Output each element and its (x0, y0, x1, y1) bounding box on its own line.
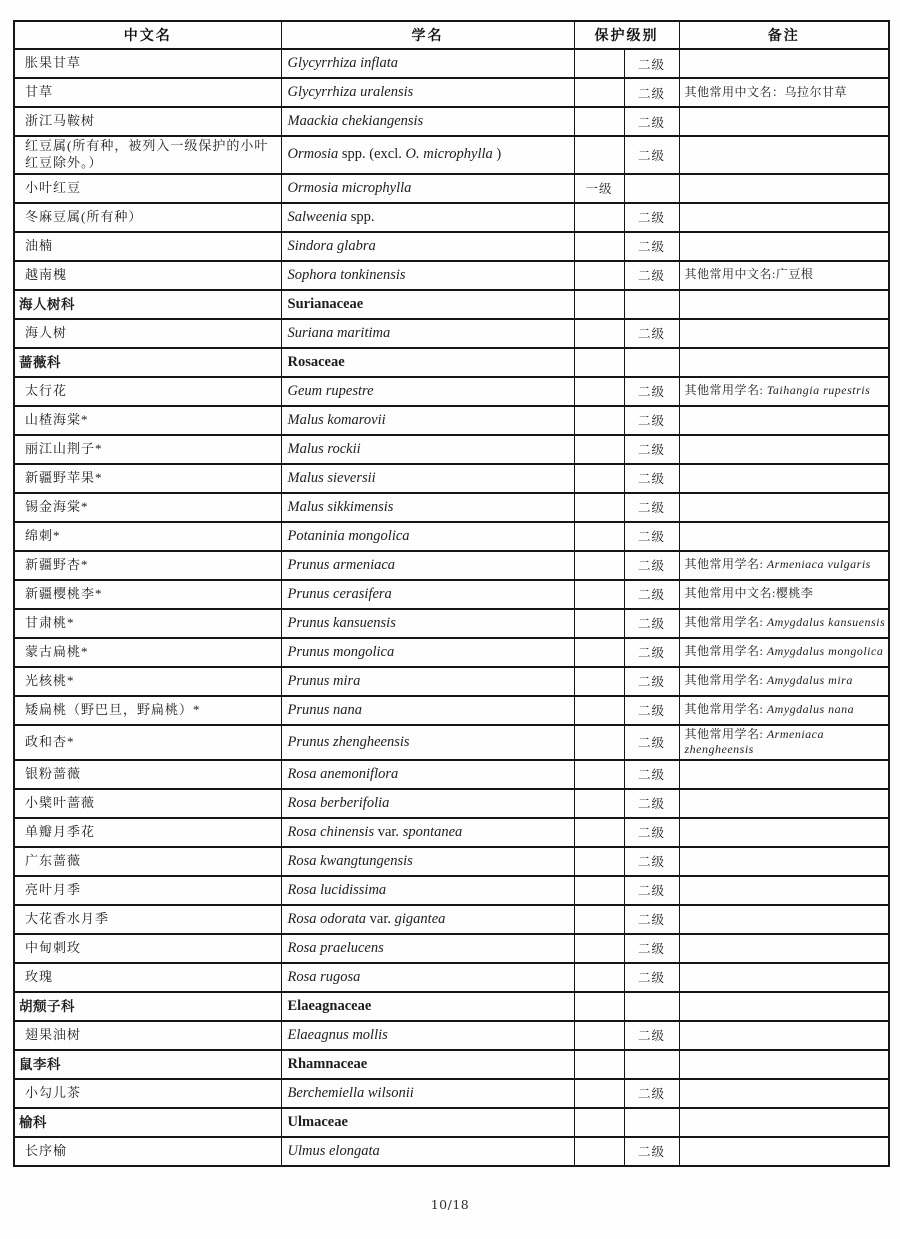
level-1-cell (574, 876, 624, 905)
level-1-cell (574, 725, 624, 760)
family-row: 海人树科Surianaceae (14, 290, 889, 319)
notes-cell (679, 818, 889, 847)
species-row: 政和杏*Prunus zhengheensis二级其他常用学名: Armenia… (14, 725, 889, 760)
latin-name-segment: Malus sikkimensis (288, 499, 394, 515)
level-2-cell: 二级 (624, 789, 679, 818)
chinese-name-cell: 海人树 (14, 319, 281, 348)
text-segment: 其他常用学名: (685, 615, 767, 629)
notes-cell (679, 348, 889, 377)
level-1-cell (574, 1050, 624, 1079)
level-2-cell: 二级 (624, 203, 679, 232)
chinese-name-cell: 榆科 (14, 1108, 281, 1137)
species-row: 大花香水月季Rosa odorata var. gigantea二级 (14, 905, 889, 934)
level-2-cell: 二级 (624, 232, 679, 261)
scientific-name-cell: Geum rupestre (281, 377, 574, 406)
level-2-cell: 二级 (624, 49, 679, 78)
latin-name-segment: Prunus armeniaca (288, 557, 396, 573)
header-scientific-name: 学名 (281, 21, 574, 49)
level-1-cell (574, 78, 624, 107)
level-2-cell: 二级 (624, 1079, 679, 1108)
table-body: 胀果甘草Glycyrrhiza inflata二级甘草Glycyrrhiza u… (14, 49, 889, 1166)
text-segment: spp. (347, 209, 374, 225)
chinese-name-cell: 中甸刺玫 (14, 934, 281, 963)
species-row: 丽江山荆子*Malus rockii二级 (14, 435, 889, 464)
notes-cell (679, 319, 889, 348)
scientific-name-cell: Malus sikkimensis (281, 493, 574, 522)
scientific-name-cell: Salweenia spp. (281, 203, 574, 232)
text-segment: 其他常用学名: (685, 557, 767, 571)
scientific-name-cell: Prunus mongolica (281, 638, 574, 667)
latin-name-segment: Amygdalus nana (767, 702, 854, 716)
latin-name-segment: Malus rockii (288, 441, 361, 457)
level-2-cell: 二级 (624, 638, 679, 667)
level-1-cell (574, 789, 624, 818)
level-1-cell (574, 136, 624, 174)
latin-name-segment: Suriana maritima (288, 325, 391, 341)
latin-name-segment: O. microphylla (406, 146, 493, 162)
notes-cell: 其他常用学名: Amygdalus mira (679, 667, 889, 696)
family-row: 榆科Ulmaceae (14, 1108, 889, 1137)
level-1-cell (574, 406, 624, 435)
chinese-name-cell: 锡金海棠* (14, 493, 281, 522)
text-segment: 其他常用学名: (685, 727, 767, 741)
level-1-cell (574, 696, 624, 725)
chinese-name-cell: 小勾儿茶 (14, 1079, 281, 1108)
level-2-cell: 二级 (624, 876, 679, 905)
chinese-name-cell: 单瓣月季花 (14, 818, 281, 847)
notes-cell: 其他常用学名: Taihangia rupestris (679, 377, 889, 406)
protected-species-table: 中文名 学名 保护级别 备注 胀果甘草Glycyrrhiza inflata二级… (13, 20, 890, 1167)
species-row: 长序榆Ulmus elongata二级 (14, 1137, 889, 1166)
scientific-name-cell: Sindora glabra (281, 232, 574, 261)
species-row: 小勾儿茶Berchemiella wilsonii二级 (14, 1079, 889, 1108)
species-row: 矮扁桃（野巴旦，野扁桃）*Prunus nana二级其他常用学名: Amygda… (14, 696, 889, 725)
level-1-cell (574, 609, 624, 638)
chinese-name-cell: 越南槐 (14, 261, 281, 290)
scientific-name-cell: Potaninia mongolica (281, 522, 574, 551)
level-1-cell (574, 847, 624, 876)
level-2-cell: 二级 (624, 847, 679, 876)
latin-name-segment: Prunus cerasifera (288, 586, 392, 602)
family-row: 胡颓子科Elaeagnaceae (14, 992, 889, 1021)
level-1-cell (574, 580, 624, 609)
latin-name-segment: Rosa chinensis (288, 824, 375, 840)
latin-name-segment: Rosa praelucens (288, 940, 384, 956)
chinese-name-cell: 新疆野杏* (14, 551, 281, 580)
chinese-name-cell: 红豆属(所有种，被列入一级保护的小叶红豆除外。） (14, 136, 281, 174)
scientific-name-cell: Surianaceae (281, 290, 574, 319)
latin-name-segment: Salweenia (288, 209, 348, 225)
latin-name-segment: Malus sieversii (288, 470, 376, 486)
notes-cell (679, 522, 889, 551)
latin-name-segment: Malus komarovii (288, 412, 386, 428)
level-1-cell (574, 464, 624, 493)
level-1-cell (574, 992, 624, 1021)
text-segment: spp. (excl. (338, 146, 405, 162)
notes-cell (679, 760, 889, 789)
chinese-name-cell: 蒙古扁桃* (14, 638, 281, 667)
latin-name-segment: Sindora glabra (288, 238, 376, 254)
notes-cell (679, 847, 889, 876)
scientific-name-cell: Glycyrrhiza uralensis (281, 78, 574, 107)
scientific-name-cell: Malus komarovii (281, 406, 574, 435)
family-row: 鼠李科Rhamnaceae (14, 1050, 889, 1079)
latin-name-segment: Geum rupestre (288, 383, 374, 399)
scientific-name-cell: Ormosia microphylla (281, 174, 574, 203)
scientific-name-cell: Rosaceae (281, 348, 574, 377)
level-1-cell (574, 638, 624, 667)
scientific-name-cell: Prunus nana (281, 696, 574, 725)
species-row: 太行花Geum rupestre二级其他常用学名: Taihangia rupe… (14, 377, 889, 406)
chinese-name-cell: 新疆野苹果* (14, 464, 281, 493)
notes-cell (679, 992, 889, 1021)
species-row: 越南槐Sophora tonkinensis二级其他常用中文名:广豆根 (14, 261, 889, 290)
text-segment: 其他常用中文名:樱桃李 (685, 586, 814, 600)
notes-cell: 其他常用学名: Amygdalus mongolica (679, 638, 889, 667)
scientific-name-cell: Prunus mira (281, 667, 574, 696)
chinese-name-cell: 海人树科 (14, 290, 281, 319)
scientific-name-cell: Elaeagnaceae (281, 992, 574, 1021)
chinese-name-cell: 政和杏* (14, 725, 281, 760)
species-row: 玫瑰Rosa rugosa二级 (14, 963, 889, 992)
level-2-cell: 二级 (624, 136, 679, 174)
notes-cell (679, 203, 889, 232)
level-2-cell: 二级 (624, 1021, 679, 1050)
latin-name-segment: spontanea (403, 824, 463, 840)
level-2-cell: 二级 (624, 905, 679, 934)
text-segment: 其他常用学名: (685, 702, 767, 716)
level-2-cell: 二级 (624, 725, 679, 760)
level-1-cell (574, 319, 624, 348)
species-row: 冬麻豆属(所有种）Salweenia spp.二级 (14, 203, 889, 232)
text-segment: var. (374, 824, 403, 840)
level-2-cell: 二级 (624, 464, 679, 493)
latin-name-segment: Ormosia microphylla (288, 180, 412, 196)
level-1-cell (574, 667, 624, 696)
level-2-cell: 二级 (624, 78, 679, 107)
species-row: 甘草Glycyrrhiza uralensis二级其他常用中文名：乌拉尔甘草 (14, 78, 889, 107)
scientific-name-cell: Rosa kwangtungensis (281, 847, 574, 876)
latin-name-segment: Armeniaca vulgaris (767, 557, 871, 571)
latin-name-segment: Elaeagnus mollis (288, 1027, 388, 1043)
latin-name-segment: Rosa lucidissima (288, 882, 387, 898)
latin-name-segment: Glycyrrhiza inflata (288, 55, 399, 71)
chinese-name-cell: 绵刺* (14, 522, 281, 551)
species-row: 中甸刺玫Rosa praelucens二级 (14, 934, 889, 963)
species-row: 浙江马鞍树Maackia chekiangensis二级 (14, 107, 889, 136)
chinese-name-cell: 浙江马鞍树 (14, 107, 281, 136)
level-2-cell: 二级 (624, 934, 679, 963)
species-row: 绵刺*Potaninia mongolica二级 (14, 522, 889, 551)
level-2-cell: 二级 (624, 522, 679, 551)
species-row: 甘肃桃*Prunus kansuensis二级其他常用学名: Amygdalus… (14, 609, 889, 638)
text-segment: 其他常用学名: (685, 383, 767, 397)
species-row: 翅果油树Elaeagnus mollis二级 (14, 1021, 889, 1050)
scientific-name-cell: Rosa odorata var. gigantea (281, 905, 574, 934)
notes-cell (679, 1079, 889, 1108)
scientific-name-cell: Glycyrrhiza inflata (281, 49, 574, 78)
notes-cell: 其他常用中文名:广豆根 (679, 261, 889, 290)
latin-name-segment: Rosa kwangtungensis (288, 853, 413, 869)
scientific-name-cell: Malus rockii (281, 435, 574, 464)
notes-cell: 其他常用学名: Armeniaca zhengheensis (679, 725, 889, 760)
level-1-cell (574, 818, 624, 847)
latin-name-segment: Ulmus elongata (288, 1143, 380, 1159)
level-1-cell (574, 493, 624, 522)
scientific-name-cell: Malus sieversii (281, 464, 574, 493)
scientific-name-cell: Prunus zhengheensis (281, 725, 574, 760)
latin-name-segment: Amygdalus mongolica (767, 644, 884, 658)
notes-cell (679, 464, 889, 493)
text-segment: 其他常用中文名：乌拉尔甘草 (685, 85, 848, 99)
notes-cell (679, 49, 889, 78)
species-row: 亮叶月季Rosa lucidissima二级 (14, 876, 889, 905)
species-row: 红豆属(所有种，被列入一级保护的小叶红豆除外。）Ormosia spp. (ex… (14, 136, 889, 174)
level-1-cell: 一级 (574, 174, 624, 203)
level-1-cell (574, 261, 624, 290)
latin-name-segment: Prunus kansuensis (288, 615, 396, 631)
chinese-name-cell: 胡颓子科 (14, 992, 281, 1021)
notes-cell (679, 136, 889, 174)
scientific-name-cell: Rosa chinensis var. spontanea (281, 818, 574, 847)
level-1-cell (574, 905, 624, 934)
chinese-name-cell: 银粉蔷薇 (14, 760, 281, 789)
species-row: 小叶红豆Ormosia microphylla一级 (14, 174, 889, 203)
scientific-name-cell: Rosa lucidissima (281, 876, 574, 905)
chinese-name-cell: 油楠 (14, 232, 281, 261)
chinese-name-cell: 翅果油树 (14, 1021, 281, 1050)
text-segment: 其他常用学名: (685, 644, 767, 658)
notes-cell (679, 493, 889, 522)
notes-cell: 其他常用学名: Amygdalus kansuensis (679, 609, 889, 638)
level-1-cell (574, 1137, 624, 1166)
notes-cell: 其他常用学名: Armeniaca vulgaris (679, 551, 889, 580)
latin-name-segment: Sophora tonkinensis (288, 267, 406, 283)
latin-name-segment: Prunus mira (288, 673, 361, 689)
level-1-cell (574, 377, 624, 406)
chinese-name-cell: 矮扁桃（野巴旦，野扁桃）* (14, 696, 281, 725)
level-1-cell (574, 203, 624, 232)
level-2-cell: 二级 (624, 261, 679, 290)
notes-cell (679, 232, 889, 261)
species-row: 新疆野杏*Prunus armeniaca二级其他常用学名: Armeniaca… (14, 551, 889, 580)
notes-cell: 其他常用中文名:樱桃李 (679, 580, 889, 609)
notes-cell (679, 290, 889, 319)
document-page: 中文名 学名 保护级别 备注 胀果甘草Glycyrrhiza inflata二级… (0, 0, 900, 1239)
species-row: 新疆樱桃李*Prunus cerasifera二级其他常用中文名:樱桃李 (14, 580, 889, 609)
scientific-name-cell: Rosa rugosa (281, 963, 574, 992)
level-2-cell: 二级 (624, 435, 679, 464)
notes-cell (679, 963, 889, 992)
species-row: 山楂海棠*Malus komarovii二级 (14, 406, 889, 435)
chinese-name-cell: 新疆樱桃李* (14, 580, 281, 609)
chinese-name-cell: 胀果甘草 (14, 49, 281, 78)
species-row: 银粉蔷薇Rosa anemoniflora二级 (14, 760, 889, 789)
level-1-cell (574, 348, 624, 377)
latin-name-segment: Prunus zhengheensis (288, 734, 410, 750)
latin-name-segment: Glycyrrhiza uralensis (288, 84, 414, 100)
latin-name-segment: Potaninia mongolica (288, 528, 410, 544)
species-row: 油楠Sindora glabra二级 (14, 232, 889, 261)
chinese-name-cell: 甘肃桃* (14, 609, 281, 638)
species-row: 光核桃*Prunus mira二级其他常用学名: Amygdalus mira (14, 667, 889, 696)
header-chinese-name: 中文名 (14, 21, 281, 49)
notes-cell (679, 406, 889, 435)
latin-name-segment: Rosa anemoniflora (288, 766, 399, 782)
notes-cell (679, 174, 889, 203)
level-1-cell (574, 1079, 624, 1108)
notes-cell (679, 876, 889, 905)
scientific-name-cell: Rosa praelucens (281, 934, 574, 963)
text-segment: var. (366, 911, 395, 927)
chinese-name-cell: 玫瑰 (14, 963, 281, 992)
level-2-cell (624, 348, 679, 377)
level-2-cell: 二级 (624, 696, 679, 725)
species-row: 海人树Suriana maritima二级 (14, 319, 889, 348)
chinese-name-cell: 亮叶月季 (14, 876, 281, 905)
chinese-name-cell: 大花香水月季 (14, 905, 281, 934)
notes-cell: 其他常用中文名：乌拉尔甘草 (679, 78, 889, 107)
notes-cell (679, 1108, 889, 1137)
latin-name-segment: Prunus nana (288, 702, 363, 718)
chinese-name-cell: 长序榆 (14, 1137, 281, 1166)
latin-name-segment: Rosa odorata (288, 911, 367, 927)
level-1-cell (574, 934, 624, 963)
latin-name-segment: gigantea (395, 911, 446, 927)
scientific-name-cell: Elaeagnus mollis (281, 1021, 574, 1050)
level-1-cell (574, 290, 624, 319)
chinese-name-cell: 甘草 (14, 78, 281, 107)
notes-cell (679, 789, 889, 818)
text-segment: ) (493, 146, 501, 162)
scientific-name-cell: Maackia chekiangensis (281, 107, 574, 136)
notes-cell (679, 905, 889, 934)
scientific-name-cell: Rosa anemoniflora (281, 760, 574, 789)
species-row: 蒙古扁桃*Prunus mongolica二级其他常用学名: Amygdalus… (14, 638, 889, 667)
scientific-name-cell: Rhamnaceae (281, 1050, 574, 1079)
scientific-name-cell: Prunus cerasifera (281, 580, 574, 609)
scientific-name-cell: Berchemiella wilsonii (281, 1079, 574, 1108)
species-row: 锡金海棠*Malus sikkimensis二级 (14, 493, 889, 522)
notes-cell (679, 1050, 889, 1079)
level-2-cell: 二级 (624, 667, 679, 696)
notes-cell (679, 1137, 889, 1166)
text-segment: 其他常用中文名:广豆根 (685, 267, 814, 281)
level-1-cell (574, 1021, 624, 1050)
table-header-row: 中文名 学名 保护级别 备注 (14, 21, 889, 49)
level-2-cell: 二级 (624, 580, 679, 609)
level-2-cell: 二级 (624, 1137, 679, 1166)
level-2-cell (624, 174, 679, 203)
species-row: 胀果甘草Glycyrrhiza inflata二级 (14, 49, 889, 78)
scientific-name-cell: Ulmaceae (281, 1108, 574, 1137)
latin-name-segment: Prunus mongolica (288, 644, 395, 660)
chinese-name-cell: 太行花 (14, 377, 281, 406)
chinese-name-cell: 小檗叶蔷薇 (14, 789, 281, 818)
level-1-cell (574, 49, 624, 78)
notes-cell (679, 435, 889, 464)
level-2-cell: 二级 (624, 760, 679, 789)
chinese-name-cell: 丽江山荆子* (14, 435, 281, 464)
header-protection-level: 保护级别 (574, 21, 679, 49)
level-2-cell: 二级 (624, 107, 679, 136)
level-2-cell: 二级 (624, 406, 679, 435)
level-1-cell (574, 107, 624, 136)
level-2-cell: 二级 (624, 818, 679, 847)
notes-cell (679, 107, 889, 136)
chinese-name-cell: 光核桃* (14, 667, 281, 696)
latin-name-segment: Rosa berberifolia (288, 795, 390, 811)
chinese-name-cell: 蔷薇科 (14, 348, 281, 377)
scientific-name-cell: Sophora tonkinensis (281, 261, 574, 290)
page-number: 10/18 (0, 1197, 900, 1212)
level-1-cell (574, 232, 624, 261)
scientific-name-cell: Prunus kansuensis (281, 609, 574, 638)
level-2-cell (624, 1050, 679, 1079)
level-1-cell (574, 1108, 624, 1137)
level-2-cell (624, 1108, 679, 1137)
level-2-cell: 二级 (624, 609, 679, 638)
latin-name-segment: Taihangia rupestris (767, 383, 870, 397)
chinese-name-cell: 小叶红豆 (14, 174, 281, 203)
species-row: 新疆野苹果*Malus sieversii二级 (14, 464, 889, 493)
latin-name-segment: Amygdalus kansuensis (767, 615, 885, 629)
level-2-cell: 二级 (624, 963, 679, 992)
latin-name-segment: Rosa rugosa (288, 969, 361, 985)
level-1-cell (574, 551, 624, 580)
level-1-cell (574, 963, 624, 992)
level-2-cell: 二级 (624, 319, 679, 348)
latin-name-segment: Amygdalus mira (767, 673, 853, 687)
family-row: 蔷薇科Rosaceae (14, 348, 889, 377)
chinese-name-cell: 广东蔷薇 (14, 847, 281, 876)
species-row: 小檗叶蔷薇Rosa berberifolia二级 (14, 789, 889, 818)
latin-name-segment: Berchemiella wilsonii (288, 1085, 414, 1101)
chinese-name-cell: 冬麻豆属(所有种） (14, 203, 281, 232)
level-1-cell (574, 435, 624, 464)
species-row: 广东蔷薇Rosa kwangtungensis二级 (14, 847, 889, 876)
level-1-cell (574, 760, 624, 789)
text-segment: 其他常用学名: (685, 673, 767, 687)
level-2-cell (624, 290, 679, 319)
scientific-name-cell: Ormosia spp. (excl. O. microphylla ) (281, 136, 574, 174)
scientific-name-cell: Prunus armeniaca (281, 551, 574, 580)
species-row: 单瓣月季花Rosa chinensis var. spontanea二级 (14, 818, 889, 847)
level-2-cell: 二级 (624, 551, 679, 580)
level-2-cell: 二级 (624, 377, 679, 406)
notes-cell (679, 1021, 889, 1050)
level-2-cell: 二级 (624, 493, 679, 522)
header-notes: 备注 (679, 21, 889, 49)
notes-cell: 其他常用学名: Amygdalus nana (679, 696, 889, 725)
scientific-name-cell: Ulmus elongata (281, 1137, 574, 1166)
chinese-name-cell: 鼠李科 (14, 1050, 281, 1079)
latin-name-segment: Ormosia (288, 146, 339, 162)
level-1-cell (574, 522, 624, 551)
level-2-cell (624, 992, 679, 1021)
scientific-name-cell: Rosa berberifolia (281, 789, 574, 818)
scientific-name-cell: Suriana maritima (281, 319, 574, 348)
latin-name-segment: Maackia chekiangensis (288, 113, 424, 129)
notes-cell (679, 934, 889, 963)
chinese-name-cell: 山楂海棠* (14, 406, 281, 435)
